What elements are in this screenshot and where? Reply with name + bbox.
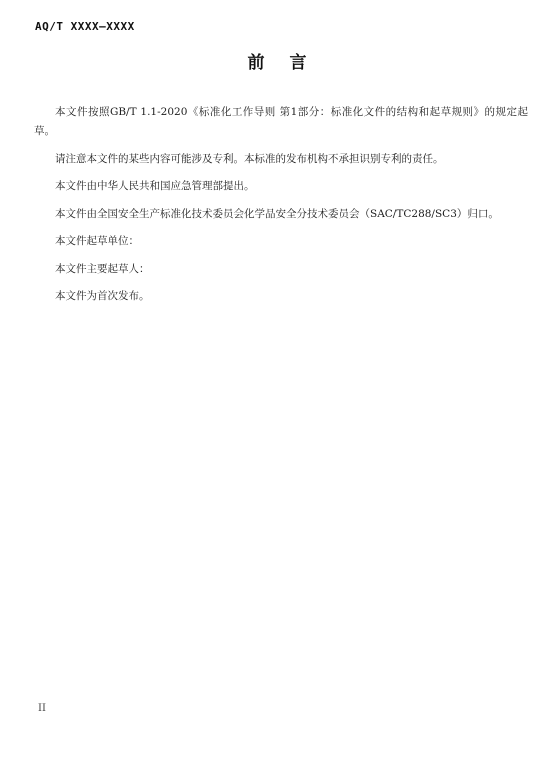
document-page: AQ/T XXXX—XXXX 前 言 本文件按照GB/T 1.1-2020《标准… (0, 0, 558, 778)
paragraph-main-drafters: 本文件主要起草人： (34, 260, 528, 279)
document-code-header: AQ/T XXXX—XXXX (35, 20, 135, 33)
foreword-title: 前 言 (0, 48, 558, 73)
page-number: II (38, 703, 46, 714)
paragraph-patent-notice: 请注意本文件的某些内容可能涉及专利。本标准的发布机构不承担识别专利的责任。 (34, 150, 528, 169)
foreword-body: 本文件按照GB/T 1.1-2020《标准化工作导则 第1部分：标准化文件的结构… (34, 103, 528, 315)
paragraph-first-issue: 本文件为首次发布。 (34, 287, 528, 306)
paragraph-centralized-by: 本文件由全国安全生产标准化技术委员会化学品安全分技术委员会（SAC/TC288/… (34, 205, 528, 224)
paragraph-drafting-rules: 本文件按照GB/T 1.1-2020《标准化工作导则 第1部分：标准化文件的结构… (34, 103, 528, 141)
paragraph-drafting-organizations: 本文件起草单位： (34, 232, 528, 251)
paragraph-proposed-by: 本文件由中华人民共和国应急管理部提出。 (34, 177, 528, 196)
